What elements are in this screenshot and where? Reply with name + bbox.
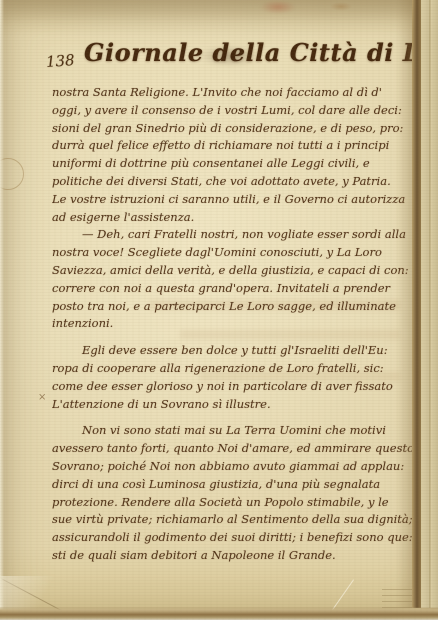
manuscript-line: Le vostre istruzioni ci saranno utili, e… (52, 191, 420, 209)
manuscript-line: come dee esser glorioso y noi in partico… (52, 378, 420, 396)
manuscript-line: ad esigerne l'assistenza. (52, 209, 420, 227)
book-bottom-edge (0, 607, 438, 620)
manuscript-line: durrà quel felice effetto di richiamare … (52, 137, 420, 155)
paragraph: Non vi sono stati mai su La Terra Uomini… (52, 422, 420, 564)
manuscript-line: uniformi di dottrine più consentanei all… (52, 155, 420, 173)
manuscript-line: dirci di una così Luminosa giustizia, d'… (52, 476, 420, 494)
manuscript-line: — Deh, cari Fratelli nostri, non vogliat… (52, 226, 420, 244)
manuscript-body: nostra Santa Religione. L'Invito che noi… (52, 84, 420, 565)
margin-cross-mark: × (38, 392, 46, 403)
manuscript-line: protezione. Rendere alla Società un Popo… (52, 494, 420, 512)
manuscript-line: oggi, y avere il consenso de i vostri Lu… (52, 102, 420, 120)
gutter-shadow (396, 0, 412, 608)
manuscript-line: nostra voce! Scegliete dagl'Uomini conos… (52, 244, 420, 262)
manuscript-line: L'attenzione di un Sovrano sì illustre. (52, 396, 420, 414)
adjacent-page-edge (421, 0, 438, 608)
page-left-edge (0, 0, 4, 620)
manuscript-line: sue virtù private; richiamarlo al Sentim… (52, 511, 420, 529)
gutter-edge (412, 0, 421, 608)
manuscript-line: ropa di cooperare alla rigenerazione de … (52, 360, 420, 378)
paragraph: — Deh, cari Fratelli nostri, non vogliat… (52, 226, 420, 333)
paragraph: nostra Santa Religione. L'Invito che noi… (52, 84, 420, 226)
paragraph: Egli deve essere ben dolce y tutti gl'Is… (52, 342, 420, 413)
manuscript-line: intenzioni. (52, 315, 420, 333)
manuscript-line: sti de quali siam debitori a Napoleone i… (52, 547, 420, 565)
manuscript-photo: 138 Giornale della Città di Livorno nost… (0, 0, 438, 620)
red-ink-smudge (260, 0, 296, 14)
manuscript-line: sioni del gran Sinedrio più di considera… (52, 120, 420, 138)
manuscript-line: posto tra noi, e a parteciparci Le Loro … (52, 298, 420, 316)
manuscript-line: avessero tanto forti, quanto Noi d'amare… (52, 440, 420, 458)
manuscript-line: Non vi sono stati mai su La Terra Uomini… (52, 422, 420, 440)
manuscript-line: Sovrano; poiché Noi non abbiamo avuto gi… (52, 458, 420, 476)
manuscript-page: 138 Giornale della Città di Livorno nost… (0, 0, 438, 620)
manuscript-line: assicurandoli il godimento dei suoi diri… (52, 529, 420, 547)
manuscript-line: Egli deve essere ben dolce y tutti gl'Is… (52, 342, 420, 360)
manuscript-line: correre con noi a questa grand'opera. In… (52, 280, 420, 298)
manuscript-line: Saviezza, amici della verità, e della gi… (52, 262, 420, 280)
manuscript-line: politiche dei diversi Stati, che voi ado… (52, 173, 420, 191)
ink-blot (198, 46, 262, 66)
manuscript-line: nostra Santa Religione. L'Invito che noi… (52, 84, 420, 102)
page-number: 138 (45, 51, 75, 71)
stain-spot (330, 2, 352, 11)
